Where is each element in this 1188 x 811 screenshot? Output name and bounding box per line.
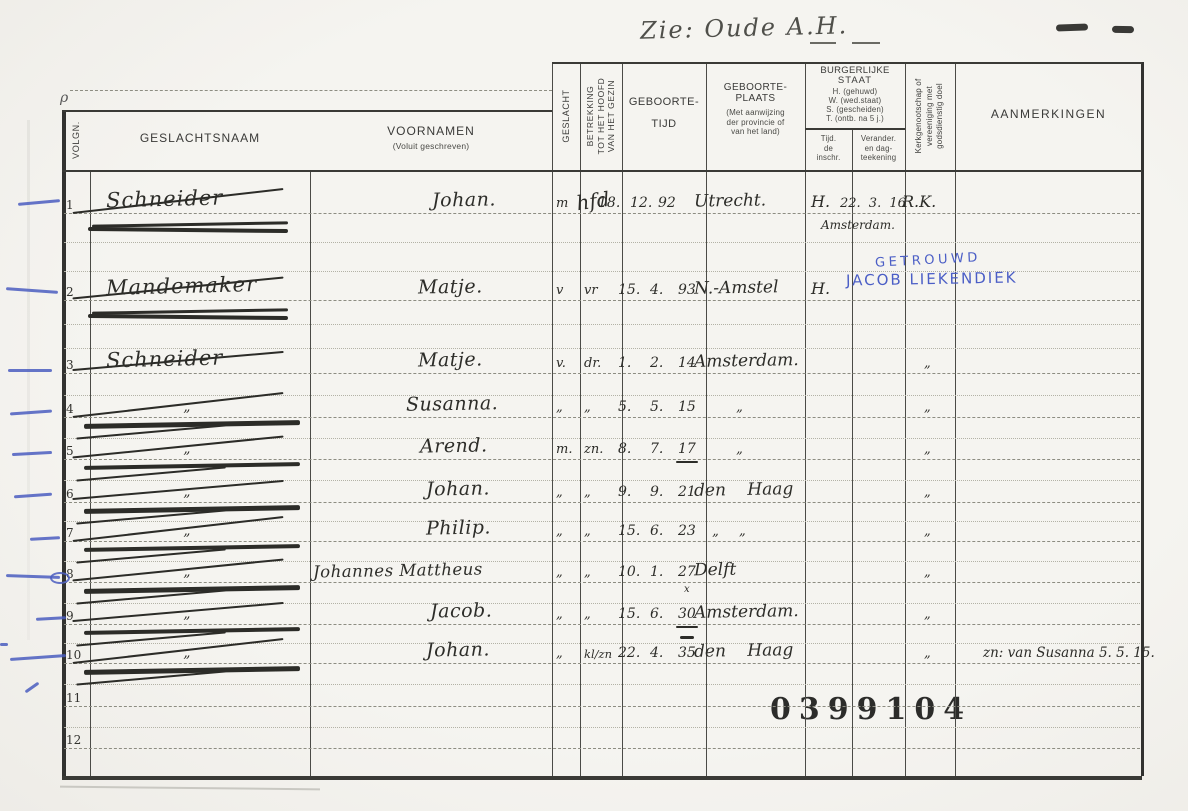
row-3-geboorteplaats: Amsterdam. — [694, 346, 799, 372]
row-2-burgerlijke-staat: H. — [811, 274, 830, 298]
row-8-geboorteplaats: Delft — [694, 556, 737, 581]
row-1-burg-datum: 22. 3. 16 — [840, 191, 906, 211]
row-10-voornaam: Johan. — [426, 634, 490, 661]
header-geslachtsnaam: GESLACHTSNAAM — [90, 131, 310, 145]
header-aanmerkingen: AANMERKINGEN — [955, 107, 1142, 121]
header-burgerlijke-2: STAAT — [805, 75, 905, 86]
row-1-burgerlijke-staat: H. — [811, 187, 830, 211]
row-writing-line — [64, 213, 1140, 214]
row-4-kerkgenootschap: „ — [924, 393, 931, 415]
row-7-geslachtsnaam: „ — [183, 511, 192, 539]
row-writing-subline — [64, 727, 1140, 728]
row-7-betrekking: „ — [584, 519, 591, 539]
row-10-geslachtsnaam: „ — [183, 633, 192, 661]
scan-hook-mark: ρ — [60, 88, 68, 106]
table-line — [62, 776, 1142, 780]
row-8-geslachtsnaam: „ — [183, 552, 192, 580]
strikethrough-mark — [72, 602, 283, 622]
row-2-geboorteplaats: N.-Amstel — [694, 273, 779, 298]
row-5-betrekking: zn. — [584, 437, 603, 457]
scan-mark-bottom — [60, 786, 320, 791]
row-6-geboortemaand: 9. — [650, 480, 663, 500]
row-1-geboorteplaats: Utrecht. — [694, 186, 766, 211]
row-10-betrekking: kl/zn — [584, 641, 612, 661]
row-4-betrekking: „ — [584, 395, 591, 415]
year-x-mark: x — [684, 583, 690, 595]
row-9-voornaam: Jacob. — [430, 595, 493, 622]
margin-check-mark — [14, 493, 52, 499]
table-border-left — [62, 110, 66, 776]
row-3-voornaam: Matje. — [418, 344, 483, 371]
header-voornamen-sub: (Voluit geschreven) — [310, 142, 552, 152]
row-9-geslacht: „ — [556, 602, 563, 622]
row-9-geboortemaand: 6. — [650, 602, 663, 622]
scan-mark-top-right-1 — [1056, 23, 1088, 31]
year-bar-mark — [680, 636, 694, 639]
row-number: 10 — [66, 648, 81, 662]
row-8-geslacht: „ — [556, 560, 563, 580]
row-2-geboortedag: 15. — [618, 278, 640, 298]
row-4-geboortedag: 5. — [618, 395, 631, 415]
row-6-kerkgenootschap: „ — [924, 478, 931, 500]
row-1-geslacht: m — [556, 191, 568, 211]
row-6-geboortedag: 9. — [618, 480, 631, 500]
row-number: 1 — [66, 198, 74, 212]
margin-check-mark — [25, 682, 40, 694]
margin-check-mark — [10, 410, 52, 416]
row-1-geboortejaar: 92 — [658, 191, 676, 211]
row-8-voornaam: Johannes Mattheus — [313, 553, 483, 582]
row-writing-subline — [64, 561, 1140, 562]
strikethrough-mark — [88, 314, 288, 320]
row-10-geslacht: „ — [556, 641, 563, 661]
row-writing-subline — [64, 324, 1140, 325]
row-writing-subline — [64, 684, 1140, 685]
row-writing-line — [64, 624, 1140, 625]
row-6-voornaam: Johan. — [426, 473, 490, 500]
row-10-geboortemaand: 4. — [650, 641, 663, 661]
header-burgerlijke-codes: H. (gehuwd) W. (wed.staat) S. (gescheide… — [805, 87, 905, 123]
row-8-betrekking: „ — [584, 560, 591, 580]
row-5-geslacht: m. — [556, 437, 572, 457]
row-writing-subline — [64, 348, 1140, 349]
stamp-number: 0399104 — [770, 692, 972, 727]
row-7-voornaam: Philip. — [426, 512, 491, 539]
row-8-geboortedag: 10. — [618, 560, 640, 580]
row-writing-line — [64, 748, 1140, 749]
row-6-geslachtsnaam: „ — [183, 472, 192, 500]
row-1-geboortemaand: 12. — [630, 191, 652, 211]
row-8-geboortemaand: 1. — [650, 560, 663, 580]
row-3-geboortedag: 1. — [618, 351, 631, 371]
row-5-geboorteplaats: „ — [736, 433, 743, 457]
header-geboortetijd-2: TIJD — [622, 118, 706, 130]
header-geboortetijd-1: GEBOORTE- — [622, 96, 706, 108]
table-line — [90, 170, 91, 776]
row-3-betrekking: dr. — [584, 351, 601, 371]
row-10-geboorteplaats: den Haag — [694, 636, 794, 662]
row-6-geboorteplaats: den Haag — [694, 475, 794, 501]
row-9-betrekking: „ — [584, 602, 591, 622]
table-line — [62, 170, 1142, 172]
row-4-geboortejaar: 15 — [678, 395, 696, 415]
header-volgn: VOLGN. — [68, 110, 84, 170]
row-writing-line — [64, 417, 1140, 418]
row-9-geboorteplaats: Amsterdam. — [694, 597, 799, 623]
row-6-geslacht: „ — [556, 480, 563, 500]
row-7-kerkgenootschap: „ — [924, 517, 931, 539]
header-burg-sub2: Verander. en dag- teekening — [853, 134, 904, 163]
row-7-geboorteplaats: „ „ — [712, 515, 746, 540]
row-7-geboortejaar: 23 — [678, 519, 696, 539]
row-3-geslacht: v. — [556, 351, 566, 371]
row-3-kerkgenootschap: „ — [924, 349, 931, 371]
row-number: 11 — [66, 691, 81, 705]
row-writing-line — [64, 502, 1140, 503]
row-5-geboortejaar: 17 — [678, 437, 696, 457]
row-4-geboorteplaats: „ — [736, 391, 743, 415]
margin-check-mark — [6, 287, 58, 294]
row-7-geslacht: „ — [556, 519, 563, 539]
row-5-voornaam: Arend. — [420, 430, 488, 457]
row-5-geboortemaand: 7. — [650, 437, 663, 457]
row-10-aanmerking: zn: van Susanna 5. 5. 15. — [983, 642, 1155, 661]
row-2-aanmerking-blauw-2: JACOB LIEKENDIEK — [846, 270, 1018, 290]
row-writing-line — [64, 706, 1140, 707]
note-underline-2 — [852, 42, 880, 44]
row-2-geslacht: v — [556, 278, 563, 298]
handwritten-note-top: Zie: Oude A.H. — [640, 5, 849, 44]
row-9-geboortedag: 15. — [618, 602, 640, 622]
row-2-aanmerking-blauw-1: GETROUWD — [875, 249, 982, 271]
row-writing-line — [64, 459, 1140, 460]
row-7-geboortedag: 15. — [618, 519, 640, 539]
row-1-burg-note: Amsterdam. — [821, 216, 895, 232]
row-5-geboortedag: 8. — [618, 437, 631, 457]
margin-check-mark — [12, 451, 52, 456]
row-writing-line — [64, 373, 1140, 374]
row-writing-line — [64, 663, 1140, 664]
row-2-geslachtsnaam: Mandemaker — [106, 268, 258, 300]
margin-check-mark — [8, 369, 52, 372]
row-10-kerkgenootschap: „ — [924, 639, 931, 661]
header-burg-sub1: Tijd. de inschr. — [806, 134, 851, 163]
row-writing-line — [64, 582, 1140, 583]
row-writing-line — [64, 541, 1140, 542]
header-geboorteplaats-1: GEBOORTE- — [706, 82, 805, 93]
header-voornamen: VOORNAMEN — [310, 124, 552, 138]
row-5-kerkgenootschap: „ — [924, 435, 931, 457]
row-2-betrekking: vr — [584, 278, 598, 298]
margin-check-mark — [18, 199, 60, 206]
row-1-voornaam: Johan. — [432, 184, 496, 211]
header-betrekking: BETREKKING TOT HET HOOFD VAN HET GEZIN — [586, 66, 616, 166]
header-kerkgenootschap: Kerkgenootschap of vereeniging met godsd… — [915, 61, 945, 171]
row-4-geboortemaand: 5. — [650, 395, 663, 415]
margin-check-loop — [50, 572, 70, 584]
margin-check-mark — [0, 643, 8, 646]
row-7-geboortemaand: 6. — [650, 519, 663, 539]
row-writing-line — [64, 300, 1140, 301]
year-underline-mark — [676, 626, 698, 628]
row-writing-subline — [64, 395, 1140, 396]
scanned-register-card: Zie: Oude A.H. GESLACHTSNAAM VOORNAMEN (… — [0, 0, 1188, 811]
row-writing-subline — [64, 242, 1140, 243]
row-10-geboortedag: 22. — [618, 641, 640, 661]
row-1-geboortedag: 18. — [598, 191, 620, 211]
scan-streak — [27, 120, 30, 640]
strikethrough-mark — [88, 227, 288, 233]
header-geboorteplaats-2: PLAATS — [706, 93, 805, 104]
row-writing-subline — [64, 603, 1140, 604]
year-underline-mark — [676, 461, 698, 463]
row-4-voornaam: Susanna. — [406, 388, 499, 416]
row-4-geslacht: „ — [556, 395, 563, 415]
row-2-voornaam: Matje. — [418, 271, 483, 298]
row-3-geboortemaand: 2. — [650, 351, 663, 371]
row-5-geslachtsnaam: „ — [183, 429, 192, 457]
margin-check-mark — [30, 536, 60, 541]
row-4-geslachtsnaam: „ — [183, 387, 192, 415]
row-1-kerkgenootschap: R.K. — [902, 189, 936, 211]
strikethrough-mark — [72, 480, 283, 500]
table-line — [62, 110, 552, 112]
row-number: 7 — [66, 526, 74, 540]
header-geboorteplaats-sub: (Met aanwijzing der provincie of van het… — [706, 108, 805, 137]
row-8-kerkgenootschap: „ — [924, 558, 931, 580]
row-2-geboortemaand: 4. — [650, 278, 663, 298]
row-number: 4 — [66, 402, 74, 416]
note-underline-1 — [810, 42, 836, 44]
table-line — [805, 128, 905, 130]
scan-mark-top-right-2 — [1112, 26, 1134, 33]
table-line — [552, 62, 1142, 64]
margin-check-mark — [10, 654, 66, 661]
table-line — [70, 90, 552, 91]
row-writing-subline — [64, 480, 1140, 481]
row-number: 12 — [66, 733, 81, 747]
row-9-kerkgenootschap: „ — [924, 600, 931, 622]
header-geslacht: GESLACHT — [556, 66, 576, 166]
table-line — [310, 170, 311, 776]
row-6-betrekking: „ — [584, 480, 591, 500]
row-9-geslachtsnaam: „ — [183, 594, 192, 622]
